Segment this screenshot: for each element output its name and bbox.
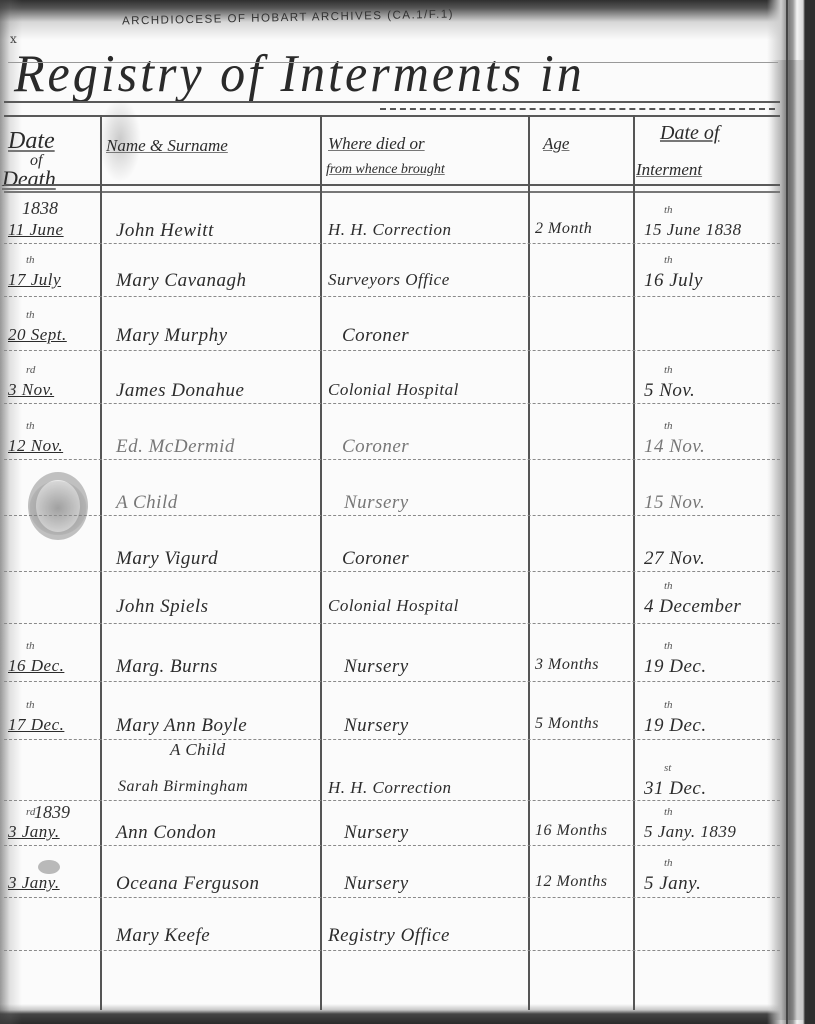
interment-date-suffix: th xyxy=(664,420,673,432)
death-date-suffix: th xyxy=(26,254,35,266)
cell-interment-date: 5 Jany. 1839 xyxy=(644,822,736,842)
cell-interment-date: 15 June 1838 xyxy=(644,220,742,240)
cell-where-died: Coroner xyxy=(342,436,409,458)
cell-where-died: Nursery xyxy=(344,873,409,895)
column-divider xyxy=(786,0,788,1024)
archive-stamp: ARCHDIOCESE OF HOBART ARCHIVES (CA.1/F.1… xyxy=(122,9,454,28)
interment-date-suffix: th xyxy=(664,699,673,711)
row-ruling xyxy=(4,845,780,846)
row-ruling xyxy=(4,897,780,898)
row-ruling xyxy=(4,459,780,460)
cell-where-died: Colonial Hospital xyxy=(328,596,459,616)
cell-name: Marg. Burns xyxy=(116,656,218,678)
cell-death-date: 11 June xyxy=(8,220,64,240)
cell-where-died: Nursery xyxy=(344,492,409,514)
interment-date-suffix: th xyxy=(664,806,673,818)
row-ruling xyxy=(4,739,780,740)
header-rule-bottom xyxy=(4,184,780,186)
cell-interment-date: 19 Dec. xyxy=(644,715,707,737)
cell-name: James Donahue xyxy=(116,380,244,402)
year-note-1838: 1838 xyxy=(22,198,58,219)
header-where-died-2: from whence brought xyxy=(326,162,445,178)
header-date-of-death-3: Death xyxy=(2,166,56,192)
cell-where-died: Surveyors Office xyxy=(328,270,450,290)
cell-where-died: H. H. Correction xyxy=(328,220,452,240)
cell-name: Oceana Ferguson xyxy=(116,873,259,895)
cell-death-date: 3 Jany. xyxy=(8,873,60,893)
cell-death-date: 3 Nov. xyxy=(8,380,54,400)
cell-where-died: Colonial Hospital xyxy=(328,380,459,400)
header-date-of-interment-2: Interment xyxy=(636,160,702,180)
death-date-suffix: rd xyxy=(26,806,35,818)
cell-where-died: Registry Office xyxy=(328,925,450,947)
cell-name: Mary Vigurd xyxy=(116,548,218,570)
cell-death-date: 17 July xyxy=(8,270,61,290)
interment-date-suffix: th xyxy=(664,580,673,592)
header-date-of-death-1: Date xyxy=(8,128,55,155)
row-ruling xyxy=(4,681,780,682)
cell-age: 5 Months xyxy=(535,715,599,733)
cell-name: Mary Murphy xyxy=(116,325,228,347)
column-divider xyxy=(100,115,102,1010)
death-date-suffix: th xyxy=(26,640,35,652)
water-stain xyxy=(28,472,88,540)
cell-age: 2 Month xyxy=(535,220,592,238)
row-ruling xyxy=(4,403,780,404)
cell-interment-date: 27 Nov. xyxy=(644,548,705,570)
cell-name: Ed. McDermid xyxy=(116,436,235,458)
cell-death-date: 17 Dec. xyxy=(8,715,64,735)
header-age: Age xyxy=(543,134,569,154)
header-name: Name & Surname xyxy=(106,136,228,156)
cell-where-died: Nursery xyxy=(344,822,409,844)
interment-date-suffix: th xyxy=(664,254,673,266)
row-ruling xyxy=(4,950,780,951)
cell-interment-date: 14 Nov. xyxy=(644,436,705,458)
title-rule-dashed xyxy=(380,108,775,110)
cell-interment-date: 5 Nov. xyxy=(644,380,695,402)
cell-death-date: 20 Sept. xyxy=(8,325,67,345)
death-date-suffix: th xyxy=(26,699,35,711)
register-page-scan: ARCHDIOCESE OF HOBART ARCHIVES (CA.1/F.1… xyxy=(0,0,815,1024)
row-ruling xyxy=(4,800,780,801)
row-ruling xyxy=(4,243,780,244)
cell-name: Mary Ann Boyle xyxy=(116,715,247,737)
cell-age: 16 Months xyxy=(535,822,608,840)
row-ruling xyxy=(4,623,780,624)
cell-name: Sarah Birmingham xyxy=(118,778,248,796)
cell-name: A Child xyxy=(170,740,226,760)
cell-age: 3 Months xyxy=(535,656,599,674)
column-divider xyxy=(320,115,322,1010)
row-ruling xyxy=(4,571,780,572)
death-date-suffix: rd xyxy=(26,364,35,376)
row-ruling xyxy=(4,296,780,297)
header-rule-top xyxy=(4,115,780,117)
cell-interment-date: 4 December xyxy=(644,596,741,618)
cell-interment-date: 19 Dec. xyxy=(644,656,707,678)
cell-where-died: H. H. Correction xyxy=(328,778,452,798)
interment-date-suffix: st xyxy=(664,762,671,774)
cell-death-date: 12 Nov. xyxy=(8,436,63,456)
cell-interment-date: 15 Nov. xyxy=(644,492,705,514)
interment-date-suffix: th xyxy=(664,640,673,652)
cell-where-died: Nursery xyxy=(344,715,409,737)
column-divider xyxy=(528,115,530,1010)
ink-blot xyxy=(38,860,60,874)
interment-date-suffix: th xyxy=(664,364,673,376)
cell-where-died: Nursery xyxy=(344,656,409,678)
cell-death-date: 16 Dec. xyxy=(8,656,64,676)
cell-name: A Child xyxy=(116,492,178,514)
header-rule-bottom-2 xyxy=(4,191,780,193)
cell-name: Mary Cavanagh xyxy=(116,270,247,292)
register-title: Registry of Interments in xyxy=(14,43,585,104)
cell-interment-date: 31 Dec. xyxy=(644,778,707,800)
cell-name: John Spiels xyxy=(116,596,209,618)
cell-interment-date: 5 Jany. xyxy=(644,873,701,895)
death-date-suffix: th xyxy=(26,420,35,432)
cell-death-date: 3 Jany. xyxy=(8,822,60,842)
header-date-of-interment-1: Date of xyxy=(660,122,719,145)
cell-where-died: Coroner xyxy=(342,548,409,570)
cell-age: 12 Months xyxy=(535,873,608,891)
cell-where-died: Coroner xyxy=(342,325,409,347)
cell-name: John Hewitt xyxy=(116,220,214,242)
row-ruling xyxy=(4,515,780,516)
header-where-died-1: Where died or xyxy=(328,134,425,154)
title-rule-bottom xyxy=(4,101,780,103)
title-rule-top xyxy=(8,62,778,63)
death-date-suffix: th xyxy=(26,309,35,321)
column-divider xyxy=(633,115,635,1010)
cell-name: Mary Keefe xyxy=(116,925,210,947)
interment-date-suffix: th xyxy=(664,857,673,869)
ink-stain xyxy=(770,60,810,1020)
year-note-1839: 1839 xyxy=(34,802,70,823)
cell-name: Ann Condon xyxy=(116,822,217,844)
interment-date-suffix: th xyxy=(664,204,673,216)
cell-interment-date: 16 July xyxy=(644,270,703,292)
row-ruling xyxy=(4,350,780,351)
